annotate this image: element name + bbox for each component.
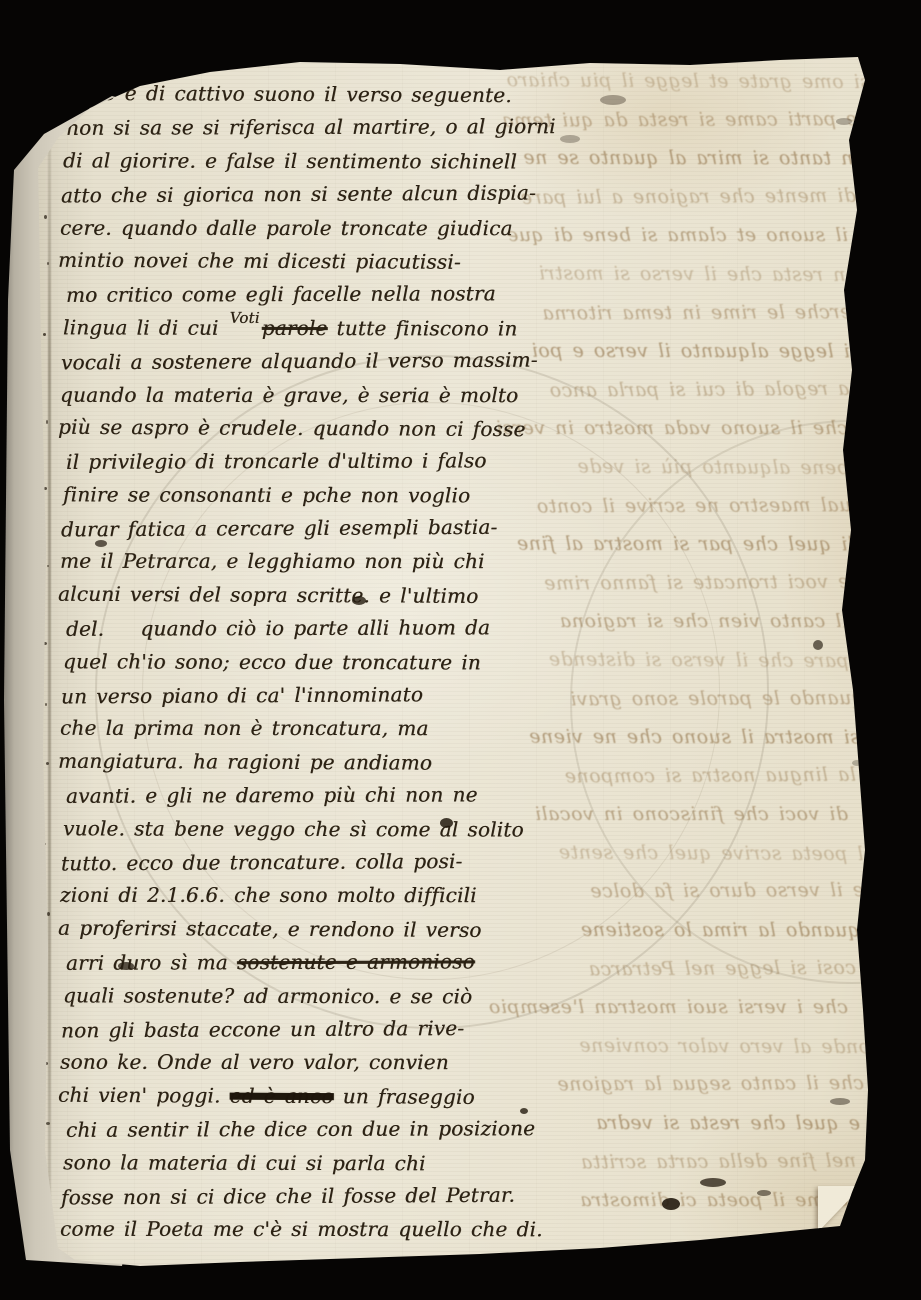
manuscript-line: mo critico come egli facelle nella nostr… [66,282,546,317]
ink-speck [848,640,862,648]
manuscript-line: me il Petrarca, e legghiamo non più chi [60,549,540,583]
manuscript-line: chi a sentir il che dice con due in posi… [66,1116,546,1151]
watermark-circle-right [570,420,921,984]
manuscript-line: atto che si giorica non si sente alcun d… [61,181,541,217]
manuscript-line: sono ke. Onde al vero valor, convien [60,1050,540,1084]
ink-speck [44,215,47,219]
manuscript-page: si ome grate et legge il piu chiarole pa… [0,0,921,1300]
manuscript-line: il privilegio di troncarle d'ultimo i fa… [66,448,546,483]
manuscript-line: mintio novei che mi dicesti piacutissi- [58,248,538,284]
ink-speck [47,262,49,265]
ink-speck [47,565,49,567]
ink-speck [43,333,46,336]
manuscript-line: quel ch'io sono; ecco due troncature in [63,649,543,684]
manuscript-line: tutto. ecco due troncature. colla posi- [61,849,541,885]
ink-speck [757,1190,771,1196]
ink-speck [46,1122,50,1125]
manuscript-photo: si ome grate et legge il piu chiarole pa… [0,0,921,1300]
gutter-crease [48,142,51,1260]
manuscript-line: come il Poeta me c'è si mostra quello ch… [60,1217,540,1251]
manuscript-line: finire se consonanti e pche non voglio [63,482,543,517]
ink-speck [46,420,48,424]
manuscript-line: chi vien' poggi. ed è anco un fraseggio [58,1082,538,1118]
ink-speck [700,1178,726,1187]
ink-speck [852,760,862,766]
dog-ear-corner [818,1186,862,1232]
manuscript-line: cere. quando dalle parole troncate giudi… [60,215,540,249]
handwriting-block: aspro è di cattivo suono il verso seguen… [58,82,538,1251]
manuscript-line: zioni di 2.1.6.6. che sono molto diffici… [60,883,540,917]
manuscript-line: avanti. e gli ne daremo più chi non ne [66,782,546,817]
manuscript-line: che la prima non è troncatura, ma [60,716,540,750]
manuscript-line: sono la materia di cui si parla chi [63,1150,543,1185]
manuscript-line: vuole. sta bene veggo che sì come al sol… [63,816,543,851]
manuscript-line: alcuni versi del sopra scritte. e l'ulti… [58,582,538,618]
manuscript-line: di al giorire. e false il sentimento sic… [63,148,543,183]
ink-speck [600,95,626,105]
ink-speck [95,540,107,547]
ink-speck [47,912,50,916]
manuscript-line: quando la materia è grave, è seria è mol… [60,382,540,416]
ink-speck [46,762,49,765]
manuscript-line: fosse non si ci dice che il fosse del Pe… [61,1182,541,1218]
strikethrough-text: ed è anco [230,1083,334,1108]
ink-speck [845,298,856,303]
ink-speck [520,1108,528,1114]
ink-speck [440,818,453,828]
manuscript-line: a proferirsi staccate, e rendono il vers… [58,916,538,952]
manuscript-line: non gli basta eccone un altro da rive- [61,1015,541,1051]
ink-speck [352,596,366,605]
interlinear-insertion: Voti [230,309,260,327]
manuscript-line: mangiatura. ha ragioni pe andiamo [58,749,538,785]
manuscript-line: durar fatica a cercare gli esempli basti… [61,515,541,551]
manuscript-line: arri duro sì ma sostenute e armonioso [66,949,546,984]
manuscript-line: non si sa se si riferisca al martire, o … [66,115,546,150]
manuscript-line: lingua li di cui Votiparole tutte finisc… [63,315,543,350]
manuscript-line: aspro è di cattivo suono il verso seguen… [58,81,538,117]
manuscript-line: del. quando ciò io parte alli huom da [66,615,546,650]
manuscript-line: vocali a sostenere alquando il verso mas… [61,348,541,384]
manuscript-line: un verso piano di ca' l'innominato [61,682,541,718]
ink-speck [45,703,47,706]
manuscript-line: quali sostenute? ad armonico. e se ciò [63,983,543,1018]
strikethrough-text: sostenute e armonioso [237,950,475,975]
ink-speck [813,640,823,650]
ink-speck [118,962,134,970]
ink-speck [830,1098,850,1105]
manuscript-line: più se aspro è crudele. quando non ci fo… [58,415,538,451]
strikethrough-text: parole [262,316,328,340]
ink-speck [662,1198,680,1210]
ink-speck [836,118,852,125]
ink-speck [560,135,580,143]
